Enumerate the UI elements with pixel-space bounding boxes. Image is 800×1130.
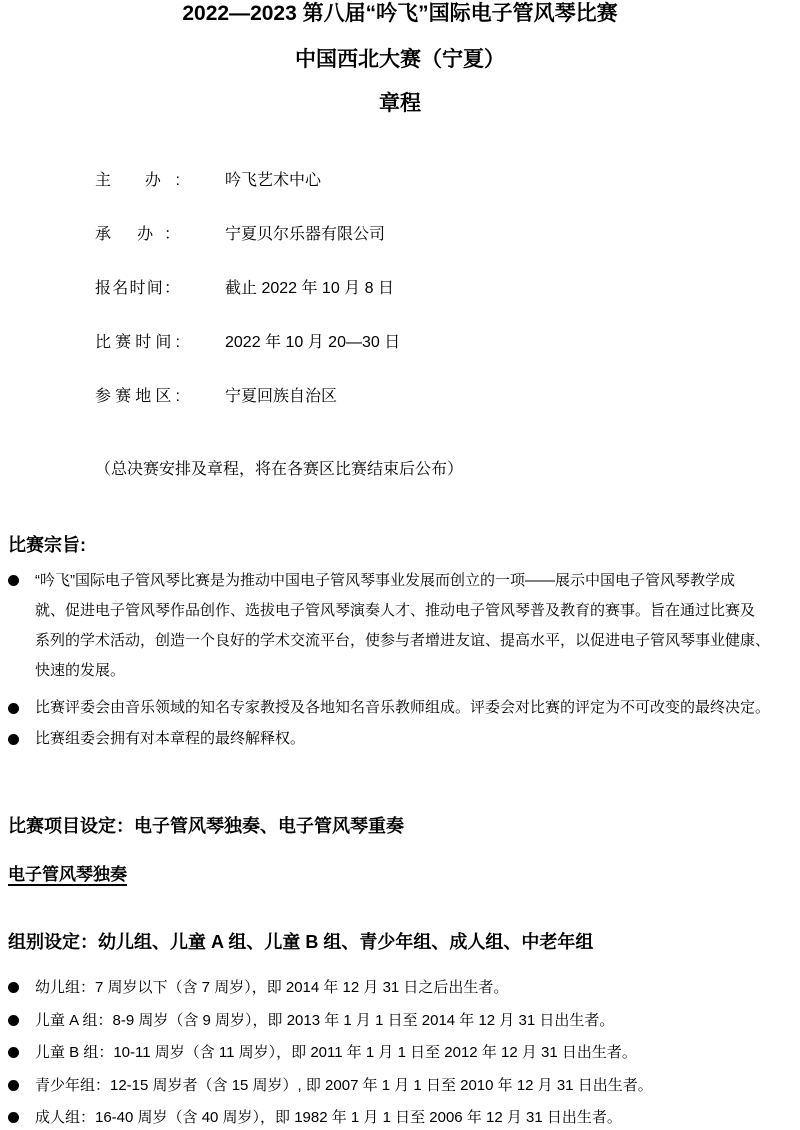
group-item-children-b-text: 儿童 B 组：10-11 周岁（含 11 周岁），即 2011 年 1 月 1 … [35,1042,796,1064]
organizer-value: 吟飞艺术中心 [225,170,321,192]
doc-title-line-3: 章程 [0,91,800,117]
info-row-region: 参赛地区: 宁夏回族自治区 [95,386,695,408]
finals-note: （总决赛安排及章程，将在各赛区比赛结束后公布） [95,458,463,482]
info-row-competition-date: 比赛时间: 2022 年 10 月 20—30 日 [95,332,695,354]
group-item-infant-text: 幼儿组：7 周岁以下（含 7 周岁），即 2014 年 12 月 31 日之后出… [35,977,796,999]
co-organizer-value: 宁夏贝尔乐器有限公司 [225,224,385,246]
doc-title-line-2: 中国西北大赛（宁夏） [0,47,800,73]
group-item-children-a: 儿童 A 组：8-9 周岁（含 9 周岁），即 2013 年 1 月 1 日至 … [8,1010,796,1032]
bullet-icon [8,1080,19,1091]
doc-title-line-1: 2022—2023 第八届“吟飞”国际电子管风琴比赛 [0,1,800,27]
group-item-adult: 成人组：16-40 周岁（含 40 周岁），即 1982 年 1 月 1 日至 … [8,1107,796,1129]
events-heading: 比赛项目设定：电子管风琴独奏、电子管风琴重奏 [8,813,404,839]
bullet-icon [8,734,19,745]
purpose-item-1-line-3: 系列的学术活动，创造一个良好的学术交流平台，使参与者增进友谊、提高水平，以促进电… [35,626,796,656]
solo-section-heading: 电子管风琴独奏 [8,862,127,888]
info-row-co-organizer: 承 办： 宁夏贝尔乐器有限公司 [95,224,695,246]
groups-heading: 组别设定：幼儿组、儿童 A 组、儿童 B 组、青少年组、成人组、中老年组 [8,929,593,955]
co-organizer-label: 承 办： [95,224,180,246]
purpose-item-1-text: “吟飞”国际电子管风琴比赛是为推动中国电子管风琴事业发展而创立的一项——展示中国… [35,566,796,686]
info-row-registration-deadline: 报名时间： 截止 2022 年 10 月 8 日 [95,278,695,300]
purpose-heading: 比赛宗旨: [8,532,86,558]
document-page: 2022—2023 第八届“吟飞”国际电子管风琴比赛 中国西北大赛（宁夏） 章程… [0,0,800,1130]
group-item-children-b: 儿童 B 组：10-11 周岁（含 11 周岁），即 2011 年 1 月 1 … [8,1042,796,1064]
group-item-infant: 幼儿组：7 周岁以下（含 7 周岁），即 2014 年 12 月 31 日之后出… [8,977,796,999]
purpose-item-1-line-2: 就、促进电子管风琴作品创作、选拔电子管风琴演奏人才、推动电子管风琴普及教育的赛事… [35,596,796,626]
bullet-icon [8,1112,19,1123]
purpose-item-3: 比赛组委会拥有对本章程的最终解释权。 [8,728,796,750]
purpose-item-1-line-4: 快速的发展。 [35,656,796,686]
region-label: 参赛地区: [95,386,180,408]
purpose-item-3-text: 比赛组委会拥有对本章程的最终解释权。 [35,728,796,750]
bullet-icon [8,1047,19,1058]
purpose-item-2: 比赛评委会由音乐领域的知名专家教授及各地知名音乐教师组成。评委会对比赛的评定为不… [8,697,796,719]
registration-deadline-label: 报名时间： [95,278,180,300]
competition-date-value: 2022 年 10 月 20—30 日 [225,332,400,354]
purpose-item-1: “吟飞”国际电子管风琴比赛是为推动中国电子管风琴事业发展而创立的一项——展示中国… [8,566,796,686]
purpose-item-1-line-1: “吟飞”国际电子管风琴比赛是为推动中国电子管风琴事业发展而创立的一项——展示中国… [35,566,796,596]
group-item-youth: 青少年组：12-15 周岁者（含 15 周岁）, 即 2007 年 1 月 1 … [8,1075,796,1097]
group-item-children-a-text: 儿童 A 组：8-9 周岁（含 9 周岁），即 2013 年 1 月 1 日至 … [35,1010,796,1032]
bullet-icon [8,982,19,993]
competition-date-label: 比赛时间: [95,332,180,354]
bullet-icon [8,1015,19,1026]
region-value: 宁夏回族自治区 [225,386,337,408]
group-item-youth-text: 青少年组：12-15 周岁者（含 15 周岁）, 即 2007 年 1 月 1 … [35,1075,796,1097]
registration-deadline-value: 截止 2022 年 10 月 8 日 [225,278,394,300]
bullet-icon [8,575,19,586]
purpose-item-2-text: 比赛评委会由音乐领域的知名专家教授及各地知名音乐教师组成。评委会对比赛的评定为不… [35,697,796,719]
organizer-label: 主 办: [95,170,180,192]
group-item-adult-text: 成人组：16-40 周岁（含 40 周岁），即 1982 年 1 月 1 日至 … [35,1107,796,1129]
info-row-organizer: 主 办: 吟飞艺术中心 [95,170,695,192]
bullet-icon [8,703,19,714]
